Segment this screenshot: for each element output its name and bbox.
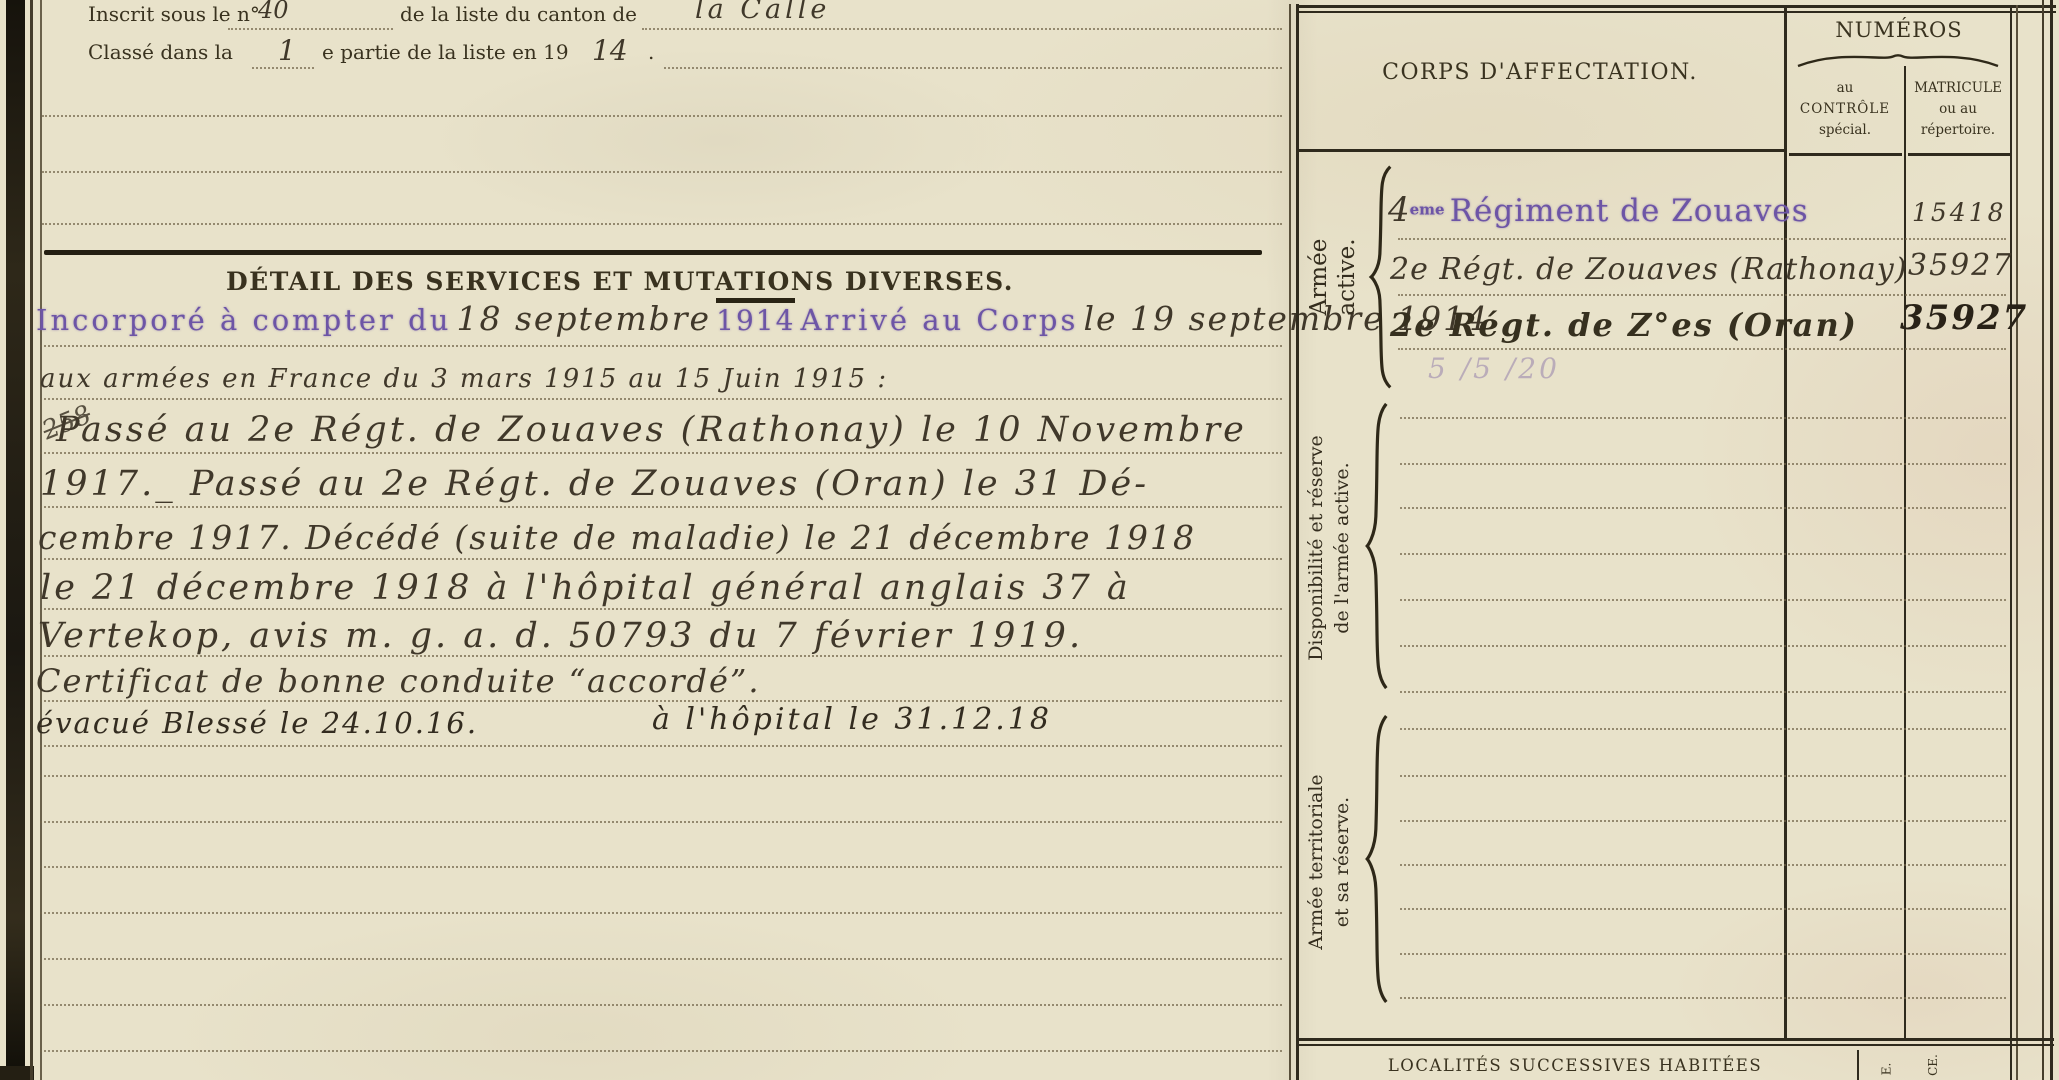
dotted-rule [1398,294,2006,296]
dotted-rule [40,608,1282,610]
rotated-col-fragment-2: CE. [1926,1054,1940,1076]
dotted-rule [40,958,1282,960]
table-bottom-border-2 [1296,1044,2054,1046]
dotted-rule [1400,864,2006,866]
row3-matricule-value: 35927 [1900,298,2028,338]
service-line-7: Certificat de bonne conduite “accordé”. [36,662,760,700]
dotted-rule [1400,953,2006,955]
dotted-rule [40,506,1282,508]
corps-affectation-header: CORPS D'AFFECTATION. [1300,60,1780,85]
controle-header-line3: spécial. [1788,120,1902,141]
classe-label-2: e partie de la liste en 19 [322,40,569,64]
dotted-rule [40,558,1282,560]
territoriale-line2: et sa réserve. [1329,712,1355,1012]
service-line-5: le 21 décembre 1918 à l'hôpital général … [40,568,1131,608]
armee-active-line2: active. [1333,167,1361,387]
row1-hand-number: 4 [1388,190,1410,230]
affectation-row-1: 4eme Régiment de Zouaves [1388,190,1809,230]
dotted-rule [252,67,314,69]
dotted-rule [1398,238,2006,240]
service-line-3: 1917._ Passé au 2e Régt. de Zouaves (Ora… [40,464,1149,504]
classe-year-value: 14 [592,34,628,67]
page-edge-rule-2 [2050,0,2053,1080]
dotted-rule [1400,553,2006,555]
service-line-8a: évacué Blessé le 24.10.16. [36,706,478,740]
left-page-rule-1 [30,0,33,1080]
dotted-rule [228,28,393,30]
header-underline-matricule [1908,153,2010,156]
dotted-rule [40,821,1282,823]
dotted-rule [40,1050,1282,1052]
table-right-border-1 [2010,5,2012,1080]
table-top-border-1 [1296,5,2056,8]
pencil-note: 5 /5 /20 [1428,352,1560,385]
inscrit-number-value: 40 [258,0,289,24]
scan-edge [6,0,25,1080]
inscrit-label: Inscrit sous le n° [88,2,260,26]
page-edge-rule-1 [2042,0,2044,1080]
dotted-rule [1400,507,2006,509]
section-divider-rule [44,250,1262,255]
dotted-rule [1400,463,2006,465]
brace-territoriale [1362,710,1388,1008]
dotted-rule [1400,775,2006,777]
section-label-armee-active: Armée active. [1304,167,1362,387]
disponibilite-line2: de l'armée active. [1329,398,1355,698]
matricule-header-line2: ou au [1908,99,2008,120]
canton-value: la Calle [695,0,830,25]
numeros-header: NUMÉROS [1790,18,2008,42]
row1-matricule-value: 15418 [1912,198,2007,227]
dotted-rule [40,912,1282,914]
dotted-rule [1400,997,2006,999]
matricule-header-line1: MATRICULE [1908,78,2008,99]
territoriale-line1: Armée territoriale [1303,712,1329,1012]
section-label-territoriale: Armée territoriale et sa réserve. [1301,712,1357,1012]
service-line-4: cembre 1917. Décédé (suite de maladie) l… [38,518,1196,557]
localites-header: LOCALITÉS SUCCESSIVES HABITÉES [1310,1056,1840,1075]
services-title: DÉTAIL DES SERVICES ET MUTATIONS DIVERSE… [190,267,1050,296]
canton-label: de la liste du canton de [400,2,637,26]
dotted-rule [1400,820,2006,822]
localites-col-divider [1857,1050,1859,1080]
dotted-rule [1398,348,2006,350]
dotted-rule [1400,728,2006,730]
dotted-rule [1400,691,2006,693]
numeros-brace [1794,48,2002,68]
dotted-rule [1400,599,2006,601]
table-top-border-2 [1296,11,2056,13]
service-line-2: Passé au 2e Régt. de Zouaves (Rathonay) … [56,410,1247,450]
dotted-rule [40,866,1282,868]
service-line-6: Vertekop, avis m. g. a. d. 50793 du 7 fé… [38,616,1083,656]
classe-part-value: 1 [278,34,296,67]
row2-matricule-value: 35927 [1908,248,2013,283]
dotted-rule [40,345,1282,347]
matricule-header-line3: répertoire. [1908,120,2008,141]
dotted-rule [42,223,1282,225]
dotted-rule [40,745,1282,747]
dotted-rule [1400,417,2006,419]
table-left-border-outer [1289,4,1291,1080]
dotted-rule [40,452,1282,454]
dotted-rule [1400,908,2006,910]
row1-ordinal-sup: eme [1410,201,1445,219]
controle-header: au CONTRÔLE spécial. [1788,78,1902,141]
classe-period: . [648,40,654,64]
disponibilite-line1: Disponibilité et réserve [1303,398,1329,698]
row1-regiment-stamp: Régiment de Zouaves [1450,193,1809,229]
arrive-au-corps-stamp: Arrivé au Corps [801,303,1079,337]
section-label-disponibilite: Disponibilité et réserve de l'armée acti… [1301,398,1357,698]
brace-disponibilite [1362,398,1388,694]
dotted-rule [40,655,1282,657]
incorpore-date-hand: 18 septembre [456,299,711,338]
scan-edge-corner [0,1066,34,1080]
service-line-1: aux armées en France du 3 mars 1915 au 1… [40,364,888,394]
table-left-border [1296,4,1299,1080]
table-right-border-2 [2016,5,2018,1080]
incorporation-line: Incorporé à compter du 18 septembre 1914… [36,299,1489,338]
header-underline-corps [1296,149,1784,152]
military-register-scan: Inscrit sous le n° 40 de la liste du can… [0,0,2059,1080]
dotted-rule [664,67,1282,69]
classe-label: Classé dans la [88,40,233,64]
row3-corps-value: 2e Régt. de Z°es (Oran) [1390,306,1858,344]
dotted-rule [642,28,1282,30]
header-underline-controle [1789,153,1902,156]
row2-corps-value: 2e Régt. de Zouaves (Rathonay) [1390,252,1907,287]
dotted-rule [40,700,1282,702]
matricule-header: MATRICULE ou au répertoire. [1908,78,2008,141]
armee-active-line1: Armée [1305,167,1333,387]
rotated-col-fragment-1: E. [1879,1063,1893,1076]
incorpore-stamp: Incorporé à compter du [36,303,451,337]
service-line-8b: à l'hôpital le 31.12.18 [652,702,1052,737]
corps-numeros-divider [1784,8,1787,1040]
dotted-rule [42,171,1282,173]
dotted-rule [40,1004,1282,1006]
table-bottom-border-1 [1296,1038,2054,1041]
dotted-rule [40,775,1282,777]
controle-header-line2: CONTRÔLE [1788,99,1902,120]
dotted-rule [40,398,1282,400]
dotted-rule [1400,645,2006,647]
incorpore-year-stamp: 1914 [716,298,795,337]
dotted-rule [42,115,1282,117]
controle-header-line1: au [1788,78,1902,99]
